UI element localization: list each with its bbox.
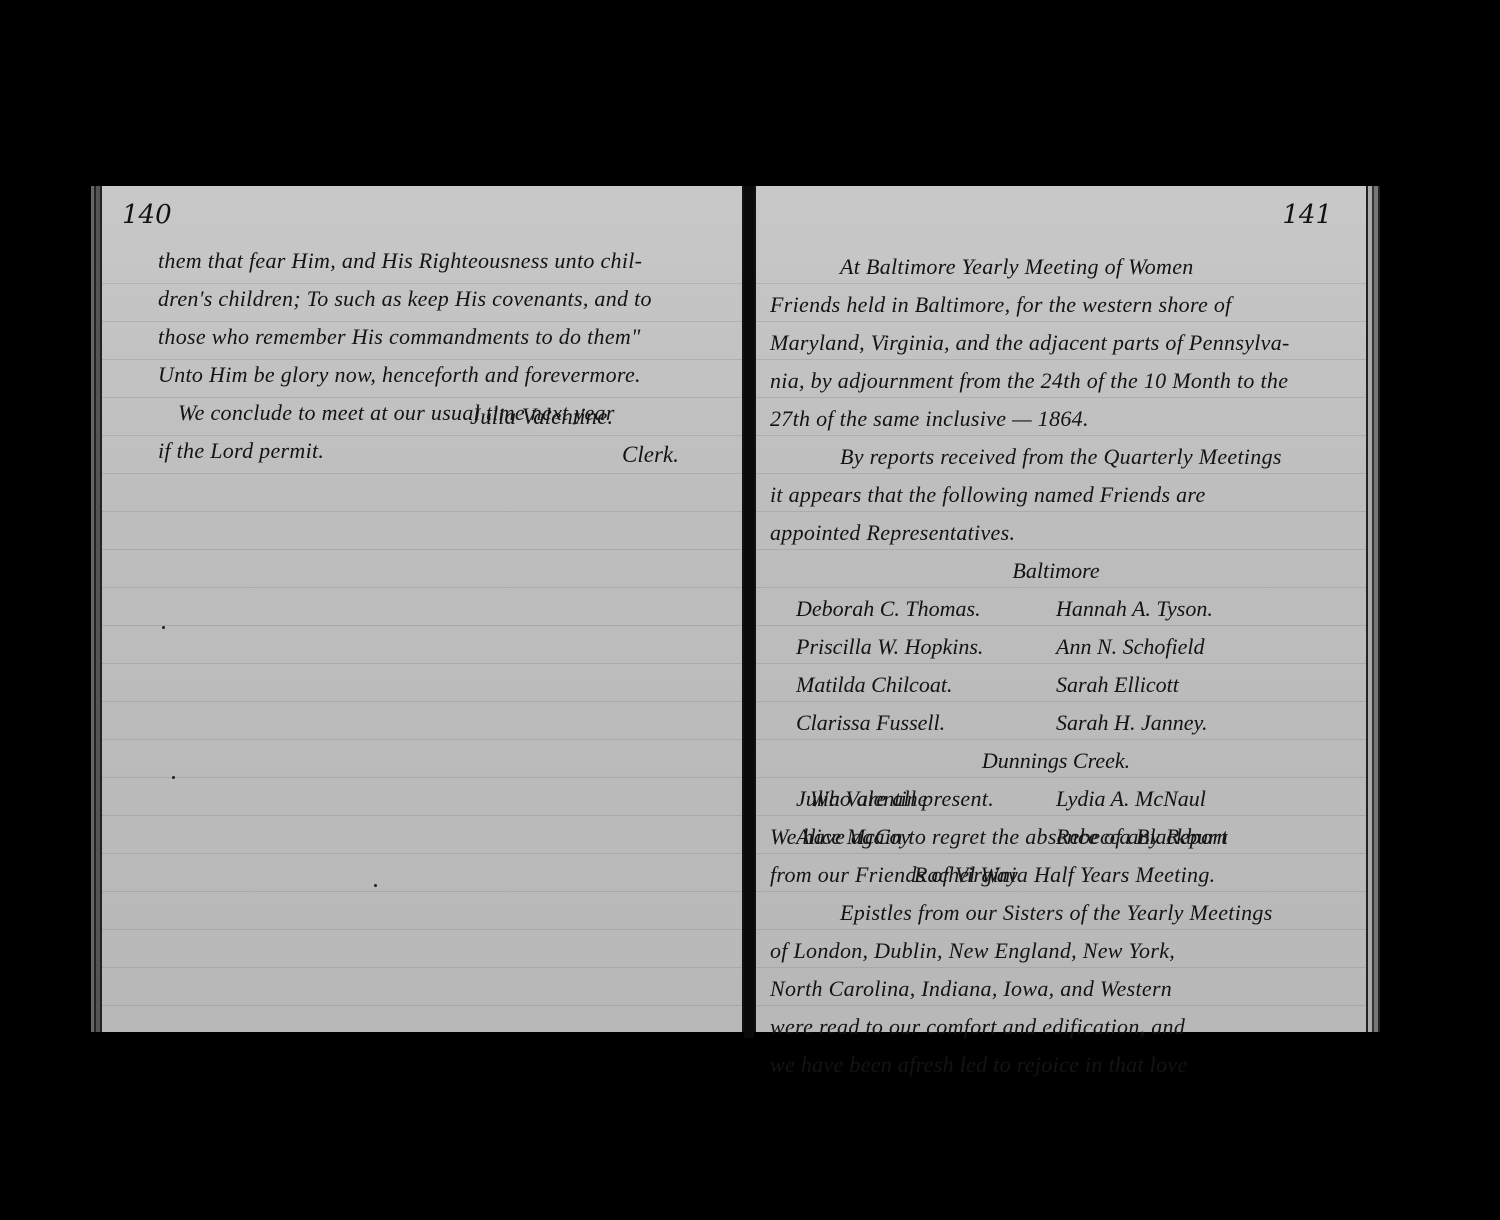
text-line: we have been afresh led to rejoice in th… (770, 1046, 1273, 1084)
text-line: dren's children; To such as keep His cov… (158, 280, 652, 318)
representative-name: Sarah Ellicott (1056, 666, 1316, 704)
name-row: Clarissa Fussell. Sarah H. Janney. (796, 704, 1316, 742)
right-page: 141 At Baltimore Yearly Meeting of Women… (754, 186, 1368, 1032)
meeting-body: Who are all present. We have again to re… (770, 780, 1273, 1084)
text-line: We have again to regret the absence of a… (770, 818, 1273, 856)
text-line: appointed Representatives. (770, 514, 1290, 552)
representative-name: Clarissa Fussell. (796, 704, 1056, 742)
text-line: those who remember His commandments to d… (158, 318, 652, 356)
text-line: them that fear Him, and His Righteousnes… (158, 242, 652, 280)
text-line: from our Friends of Virginia Half Years … (770, 856, 1273, 894)
text-line: of London, Dublin, New England, New York… (770, 932, 1273, 970)
left-page: 140 them that fear Him, and His Righteou… (100, 186, 744, 1032)
text-line: Who are all present. (770, 780, 1273, 818)
text-line: Friends held in Baltimore, for the weste… (770, 286, 1290, 324)
name-row: Deborah C. Thomas. Hannah A. Tyson. (796, 590, 1316, 628)
page-number: 141 (1282, 200, 1332, 230)
text-line: were read to our comfort and edification… (770, 1008, 1273, 1046)
book-gutter (744, 186, 754, 1038)
page-number: 140 (122, 200, 172, 230)
representative-name: Hannah A. Tyson. (1056, 590, 1316, 628)
name-row: Matilda Chilcoat. Sarah Ellicott (796, 666, 1316, 704)
text-line: Maryland, Virginia, and the adjacent par… (770, 324, 1290, 362)
group-heading-baltimore: Baltimore (796, 552, 1316, 590)
group-heading-dunnings-creek: Dunnings Creek. (796, 742, 1316, 780)
text-line: nia, by adjournment from the 24th of the… (770, 362, 1290, 400)
name-row: Priscilla W. Hopkins. Ann N. Schofield (796, 628, 1316, 666)
text-line: By reports received from the Quarterly M… (770, 438, 1290, 476)
meeting-intro: At Baltimore Yearly Meeting of Women Fri… (770, 248, 1290, 552)
text-line: At Baltimore Yearly Meeting of Women (770, 248, 1290, 286)
text-line: if the Lord permit. (158, 432, 652, 470)
representative-name: Sarah H. Janney. (1056, 704, 1316, 742)
text-line: Epistles from our Sisters of the Yearly … (770, 894, 1273, 932)
representative-name: Ann N. Schofield (1056, 628, 1316, 666)
left-page-text: them that fear Him, and His Righteousnes… (158, 242, 652, 470)
clerk-title: Clerk. (622, 442, 679, 468)
text-line: 27th of the same inclusive — 1864. (770, 400, 1290, 438)
ink-speck (374, 884, 377, 887)
text-line: it appears that the following named Frie… (770, 476, 1290, 514)
ink-speck (172, 776, 175, 779)
open-book: 140 them that fear Him, and His Righteou… (92, 186, 1404, 1038)
representative-name: Matilda Chilcoat. (796, 666, 1056, 704)
representative-name: Priscilla W. Hopkins. (796, 628, 1056, 666)
representative-name: Deborah C. Thomas. (796, 590, 1056, 628)
clerk-signature: Julia Valentine. (470, 404, 613, 430)
text-line: North Carolina, Indiana, Iowa, and Weste… (770, 970, 1273, 1008)
ink-speck (162, 626, 165, 629)
text-line: Unto Him be glory now, henceforth and fo… (158, 356, 652, 394)
